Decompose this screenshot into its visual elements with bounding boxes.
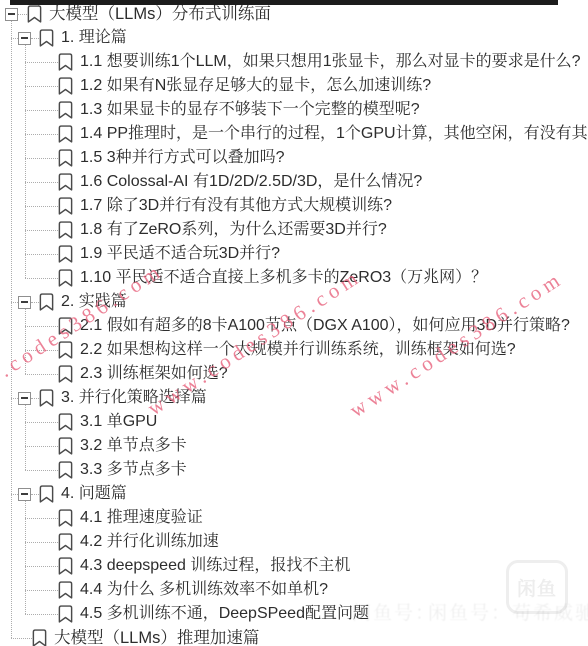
tree-branch-line <box>31 398 39 399</box>
bookmark-label: 2.1 假如有超多的8卡A100节点（DGX A100），如何应用3D并行策略? <box>80 315 570 337</box>
tree-row[interactable]: 1.6 Colossal-AI 有1D/2D/2.5D/3D，是什么情况? <box>25 171 422 193</box>
bookmark-label: 1.6 Colossal-AI 有1D/2D/2.5D/3D，是什么情况? <box>80 171 422 193</box>
bookmark-label: 1.10 平民适不适合直接上多机多卡的ZeRO3（万兆网）？ <box>80 267 487 289</box>
bookmark-label: 2. 实践篇 <box>61 291 127 313</box>
bookmark-icon <box>58 245 73 263</box>
bookmark-icon <box>58 557 73 575</box>
bookmark-icon <box>58 149 73 167</box>
tree-row[interactable]: 1. 理论篇 <box>11 27 127 49</box>
tree-branch-line <box>25 254 58 255</box>
bookmark-icon <box>58 269 73 287</box>
collapse-toggle[interactable] <box>18 32 31 45</box>
bookmarks-panel: 大模型（LLMs）分布式训练面 1. 理论篇 1.1 想要训练1个LLM，如果只… <box>0 0 588 646</box>
seller-watermark-right: 闲鱼号：苟希威驰 <box>428 598 588 625</box>
bookmark-label: 4.1 推理速度验证 <box>80 507 203 529</box>
bookmark-label: 1.8 有了ZeRO系列，为什么还需要3D并行? <box>80 219 387 241</box>
tree-row[interactable]: 4.3 deepspeed 训练过程，报找不主机 <box>25 555 350 577</box>
tree-branch-line <box>11 302 18 303</box>
tree-row[interactable]: 2. 实践篇 <box>11 291 127 313</box>
tree-branch-line <box>25 278 58 279</box>
tree-row[interactable]: 4.1 推理速度验证 <box>25 507 203 529</box>
tree-row[interactable]: 大模型（LLMs）分布式训练面 <box>5 3 271 25</box>
bookmark-label: 4.2 并行化训练加速 <box>80 531 219 553</box>
bookmark-label: 1.4 PP推理时，是一个串行的过程，1个GPU计算，其他空闲，有没有其他方 <box>80 123 588 145</box>
tree-branch-line <box>25 566 58 567</box>
tree-branch-line <box>25 86 58 87</box>
bookmark-icon <box>58 581 73 599</box>
bookmark-label: 4.5 多机训练不通，DeepSPeed配置问题 <box>80 603 369 625</box>
tree-branch-line <box>25 326 58 327</box>
bookmark-icon <box>39 29 54 47</box>
tree-branch-line <box>25 446 58 447</box>
bookmark-icon <box>58 221 73 239</box>
bookmark-icon <box>58 53 73 71</box>
xianyu-logo-icon: 闲鱼 <box>506 560 568 614</box>
bookmark-label: 1.9 平民适不适合玩3D并行? <box>80 243 280 265</box>
bookmark-label: 4.4 为什么 多机训练效率不如单机? <box>80 579 328 601</box>
tree-branch-line <box>25 542 58 543</box>
bookmark-label: 4. 问题篇 <box>61 483 127 505</box>
bookmark-icon <box>58 509 73 527</box>
bookmark-label: 2.3 训练框架如何选? <box>80 363 228 385</box>
tree-branch-line <box>11 494 18 495</box>
tree-branch-line <box>25 614 58 615</box>
bookmark-label: 2.2 如果想构这样一个大规模并行训练系统，训练框架如何选? <box>80 339 516 361</box>
bookmark-icon <box>32 629 47 646</box>
bookmark-label: 1.2 如果有N张显存足够大的显卡，怎么加速训练? <box>80 75 431 97</box>
tree-branch-line <box>25 62 58 63</box>
tree-branch-line <box>25 374 58 375</box>
tree-branch-line <box>18 14 27 15</box>
tree-row[interactable]: 大模型（LLMs）推理加速篇 <box>11 627 259 646</box>
collapse-toggle[interactable] <box>18 488 31 501</box>
bookmark-icon <box>58 317 73 335</box>
bookmark-label: 1.1 想要训练1个LLM，如果只想用1张显卡，那么对显卡的要求是什么? <box>80 51 581 73</box>
bookmark-icon <box>58 197 73 215</box>
bookmark-icon <box>58 341 73 359</box>
tree-row[interactable]: 3.1 单GPU <box>25 411 157 433</box>
tree-branch-line <box>25 158 58 159</box>
bookmark-icon <box>58 413 73 431</box>
bookmark-icon <box>58 605 73 623</box>
bookmark-icon <box>27 5 42 23</box>
tree-branch-line <box>25 134 58 135</box>
bookmark-icon <box>58 101 73 119</box>
tree-row[interactable]: 1.4 PP推理时，是一个串行的过程，1个GPU计算，其他空闲，有没有其他方 <box>25 123 588 145</box>
tree-row[interactable]: 1.5 3种并行方式可以叠加吗? <box>25 147 285 169</box>
tree-row[interactable]: 3.3 多节点多卡 <box>25 459 187 481</box>
bookmark-label: 3.1 单GPU <box>80 411 157 433</box>
tree-branch-line <box>25 350 58 351</box>
bookmark-label: 1.7 除了3D并行有没有其他方式大规模训练? <box>80 195 392 217</box>
tree-branch-line <box>25 206 58 207</box>
bookmark-label: 大模型（LLMs）推理加速篇 <box>54 627 259 646</box>
tree-branch-line <box>25 182 58 183</box>
tree-branch-line <box>11 638 32 639</box>
bookmark-icon <box>58 365 73 383</box>
tree-row[interactable]: 4. 问题篇 <box>11 483 127 505</box>
collapse-toggle[interactable] <box>18 392 31 405</box>
bookmark-label: 大模型（LLMs）分布式训练面 <box>49 3 271 25</box>
tree-row[interactable]: 1.10 平民适不适合直接上多机多卡的ZeRO3（万兆网）？ <box>25 267 487 289</box>
tree-branch-line <box>25 230 58 231</box>
tree-row[interactable]: 4.5 多机训练不通，DeepSPeed配置问题 <box>25 603 369 625</box>
tree-row[interactable]: 1.1 想要训练1个LLM，如果只想用1张显卡，那么对显卡的要求是什么? <box>25 51 581 73</box>
bookmark-label: 1. 理论篇 <box>61 27 127 49</box>
bookmark-icon <box>39 293 54 311</box>
bookmark-icon <box>39 485 54 503</box>
bookmark-icon <box>58 461 73 479</box>
tree-branch-line <box>25 470 58 471</box>
tree-row[interactable]: 4.2 并行化训练加速 <box>25 531 219 553</box>
bookmark-label: 1.3 如果显卡的显存不够装下一个完整的模型呢? <box>80 99 420 121</box>
tree-row[interactable]: 1.2 如果有N张显存足够大的显卡，怎么加速训练? <box>25 75 431 97</box>
bookmark-icon <box>58 125 73 143</box>
bookmark-icon <box>58 437 73 455</box>
bookmark-label: 3. 并行化策略选择篇 <box>61 387 207 409</box>
tree-branch-line <box>25 590 58 591</box>
tree-row[interactable]: 4.4 为什么 多机训练效率不如单机? <box>25 579 328 601</box>
bookmark-icon <box>39 389 54 407</box>
tree-branch-line <box>25 518 58 519</box>
bookmark-icon <box>58 533 73 551</box>
tree-row[interactable]: 1.3 如果显卡的显存不够装下一个完整的模型呢? <box>25 99 420 121</box>
tree-line <box>11 21 12 638</box>
tree-branch-line <box>31 494 39 495</box>
tree-branch-line <box>25 110 58 111</box>
collapse-toggle[interactable] <box>5 8 18 21</box>
tree-row[interactable]: 2.1 假如有超多的8卡A100节点（DGX A100），如何应用3D并行策略? <box>25 315 570 337</box>
tree-branch-line <box>31 302 39 303</box>
tree-row[interactable]: 3.2 单节点多卡 <box>25 435 187 457</box>
tree-row[interactable]: 3. 并行化策略选择篇 <box>11 387 207 409</box>
bookmark-label: 3.2 单节点多卡 <box>80 435 187 457</box>
bookmark-label: 4.3 deepspeed 训练过程，报找不主机 <box>80 555 350 577</box>
tree-row[interactable]: 1.7 除了3D并行有没有其他方式大规模训练? <box>25 195 392 217</box>
bookmark-label: 3.3 多节点多卡 <box>80 459 187 481</box>
bookmark-icon <box>58 77 73 95</box>
tree-branch-line <box>31 38 39 39</box>
tree-row[interactable]: 1.8 有了ZeRO系列，为什么还需要3D并行? <box>25 219 387 241</box>
tree-branch-line <box>11 38 18 39</box>
tree-row[interactable]: 1.9 平民适不适合玩3D并行? <box>25 243 280 265</box>
collapse-toggle[interactable] <box>18 296 31 309</box>
bookmark-icon <box>58 173 73 191</box>
bookmark-label: 1.5 3种并行方式可以叠加吗? <box>80 147 285 169</box>
tree-branch-line <box>25 422 58 423</box>
tree-branch-line <box>11 398 18 399</box>
tree-row[interactable]: 2.2 如果想构这样一个大规模并行训练系统，训练框架如何选? <box>25 339 516 361</box>
tree-row[interactable]: 2.3 训练框架如何选? <box>25 363 228 385</box>
